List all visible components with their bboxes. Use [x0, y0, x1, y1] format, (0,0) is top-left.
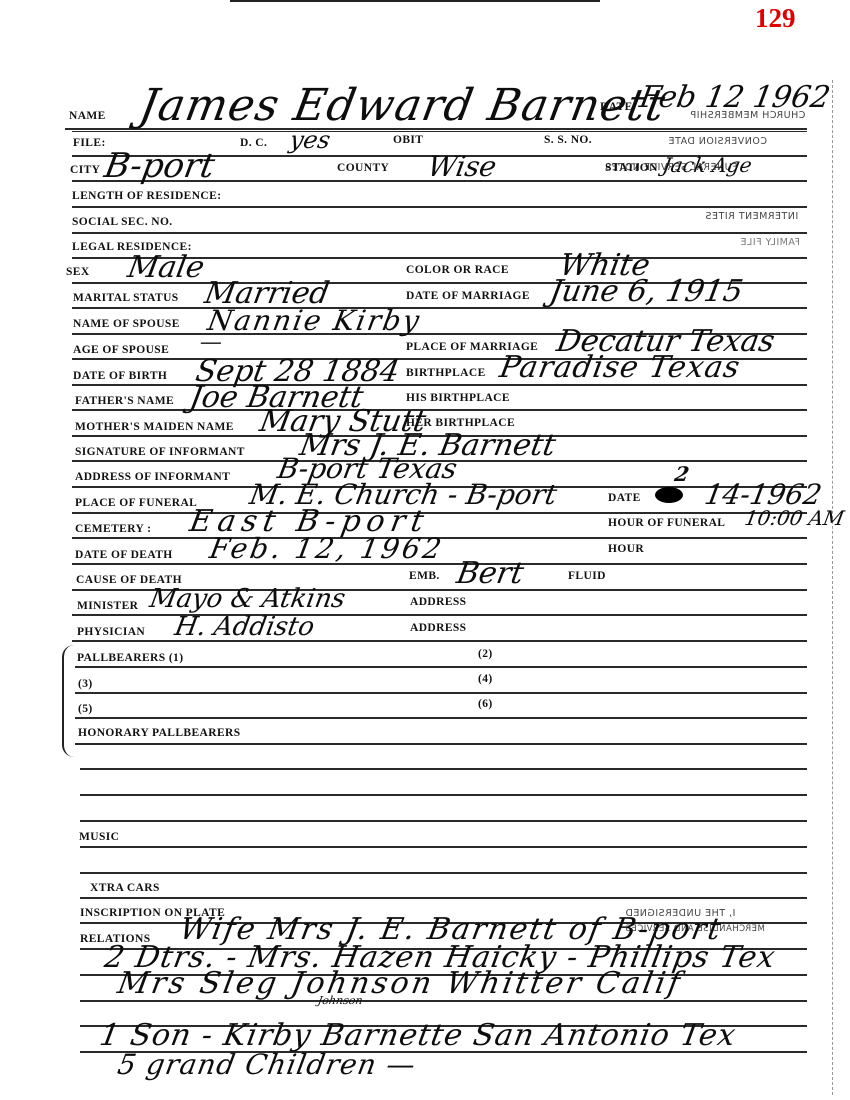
label-mothers-maiden-name: MOTHER'S MAIDEN NAME	[75, 421, 234, 433]
value-relations-line-3: Mrs Sleg Johnson Whitter Calif	[115, 966, 685, 1001]
value-station: Jack Age	[661, 153, 754, 177]
rule-blank-4	[80, 872, 807, 874]
label-minister-address: ADDRESS	[410, 596, 466, 608]
rule-honorary	[75, 743, 807, 745]
label-hour-of-funeral: HOUR OF FUNERAL	[608, 517, 725, 529]
label-pallbearer-6: (6)	[478, 698, 493, 710]
label-date-of-marriage: DATE OF MARRIAGE	[406, 290, 530, 302]
label-funeral-date: DATE	[608, 492, 641, 504]
label-his-birthplace: HIS BIRTHPLACE	[406, 392, 510, 404]
value-city: B-port	[101, 146, 217, 186]
rule-place-funeral	[72, 512, 807, 514]
label-address-of-informant: ADDRESS OF INFORMANT	[75, 471, 230, 483]
value-birthplace: Paradise Texas	[497, 350, 743, 385]
label-city: CITY	[70, 164, 100, 176]
rule-name-double	[72, 131, 807, 132]
label-pallbearer-3: (3)	[78, 678, 93, 690]
label-signature-of-informant: SIGNATURE OF INFORMANT	[75, 446, 245, 458]
rule-blank-3	[80, 820, 807, 822]
value-minister: Mayo & Atkins	[147, 584, 347, 614]
rule-pb3	[75, 692, 807, 694]
value-hour-of-funeral: 10:00 AM	[743, 506, 846, 530]
rule-blank-1	[80, 768, 807, 770]
bleed-interment-rites: INTERMENT RITES	[705, 211, 798, 222]
bleed-family-file: FAMILY FILE	[740, 237, 800, 248]
label-sex: SEX	[66, 266, 90, 278]
label-pallbearers-1: PALLBEARERS (1)	[77, 652, 183, 664]
rule-extra-cars	[80, 897, 807, 899]
label-pallbearer-4: (4)	[478, 673, 493, 685]
label-minister: MINISTER	[77, 600, 138, 612]
label-dc: D. C.	[240, 137, 267, 149]
label-extra-cars: XTRA CARS	[90, 882, 160, 894]
rule-music	[80, 846, 807, 848]
rule-blank-2	[80, 794, 807, 796]
label-name-of-spouse: NAME OF SPOUSE	[73, 318, 180, 330]
scan-top-edge	[230, 0, 600, 2]
page-number: 129	[755, 3, 796, 34]
label-physician: PHYSICIAN	[77, 626, 145, 638]
ink-blot	[655, 487, 683, 503]
value-date-of-death: Feb. 12, 1962	[207, 532, 447, 565]
label-social-sec-no: SOCIAL SEC. NO.	[72, 216, 173, 228]
label-file: FILE:	[73, 137, 106, 149]
label-pallbearer-2: (2)	[478, 648, 493, 660]
value-physician: H. Addisto	[172, 612, 316, 642]
label-marital-status: MARITAL STATUS	[73, 292, 179, 304]
value-county: Wise	[425, 150, 499, 183]
bleed-conversion-date: CONVERSION DATE	[668, 136, 767, 147]
label-ss-no: S. S. NO.	[544, 134, 592, 146]
label-fathers-name: FATHER'S NAME	[75, 395, 174, 407]
pallbearers-brace-mark	[62, 645, 74, 757]
label-fluid: FLUID	[568, 570, 606, 582]
rule-pb1	[75, 666, 807, 668]
value-emb: Bert	[454, 556, 526, 591]
rule-father	[72, 409, 807, 411]
label-color-or-race: COLOR OR RACE	[406, 264, 509, 276]
label-name: NAME	[69, 110, 106, 122]
label-pallbearer-5: (5)	[78, 703, 93, 715]
label-physician-address: ADDRESS	[410, 622, 466, 634]
value-name: James Edward Barnett	[136, 80, 670, 131]
label-hour: HOUR	[608, 543, 644, 555]
value-dc: yes	[288, 126, 333, 154]
label-music: MUSIC	[79, 831, 119, 843]
label-place-of-funeral: PLACE OF FUNERAL	[75, 497, 197, 509]
label-county: COUNTY	[337, 162, 389, 174]
label-birthplace: BIRTHPLACE	[406, 367, 486, 379]
label-obit: OBIT	[393, 134, 423, 146]
value-relations-line-5: 5 grand Children —	[115, 1048, 419, 1081]
rule-social	[72, 232, 807, 234]
value-age-of-spouse: —	[198, 330, 224, 355]
value-sex: Male	[125, 250, 207, 285]
scan-right-edge	[832, 80, 833, 1095]
rule-pb5	[75, 717, 807, 719]
label-station: STATION	[605, 162, 658, 174]
value-date: Feb 12 1962	[637, 80, 833, 115]
label-cemetery: CEMETERY :	[75, 523, 151, 535]
label-date-of-birth: DATE OF BIRTH	[73, 370, 167, 382]
value-funeral-date-month: 2	[673, 462, 691, 486]
value-name-of-spouse: Nannie Kirby	[205, 304, 424, 337]
label-date-of-death: DATE OF DEATH	[75, 549, 173, 561]
rule-length	[72, 206, 807, 208]
label-emb: EMB.	[409, 570, 440, 582]
label-length-of-residence: LENGTH OF RESIDENCE:	[72, 190, 221, 202]
value-date-of-marriage: June 6, 1915	[547, 274, 746, 309]
label-age-of-spouse: AGE OF SPOUSE	[73, 344, 169, 356]
value-relations-correction: Johnson	[317, 994, 364, 1007]
label-honorary-pallbearers: HONORARY PALLBEARERS	[78, 727, 241, 739]
